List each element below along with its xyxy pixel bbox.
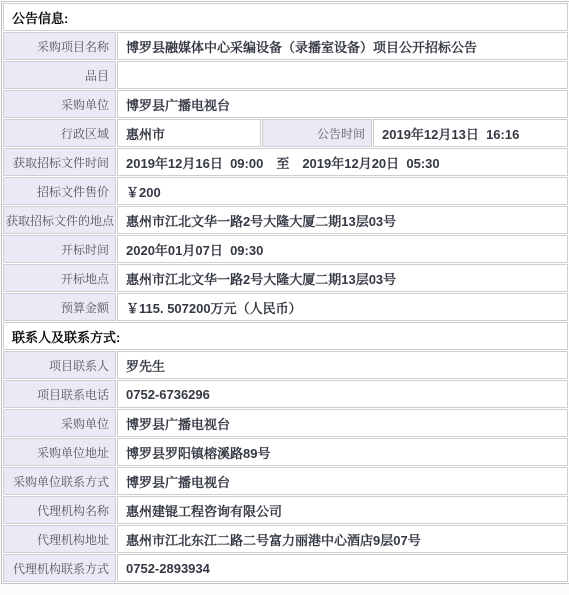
field-label: 获取招标文件时间: [3, 148, 116, 176]
table-row: 开标地点 惠州市江北文华一路2号大隆大厦二期13层03号: [3, 264, 568, 292]
field-value: 惠州市江北东江二路二号富力丽港中心酒店9层07号: [117, 525, 568, 553]
table-row: 采购单位 博罗县广播电视台: [3, 90, 568, 118]
table-row: 开标时间 2020年01月07日 09:30: [3, 235, 568, 263]
announcement-table: 公告信息: 采购项目名称 博罗县融媒体中心采编设备（录播室设备）项目公开招标公告…: [1, 1, 569, 584]
section-title-announcement: 公告信息:: [3, 3, 568, 31]
field-label: 采购单位联系方式: [3, 467, 116, 495]
field-label: 采购单位: [3, 409, 116, 437]
field-value: 2020年01月07日 09:30: [117, 235, 568, 263]
field-value: 0752-6736296: [117, 380, 568, 408]
field-value: 0752-2893934: [117, 554, 568, 582]
field-label: 品目: [3, 61, 116, 89]
field-value: 博罗县广播电视台: [117, 467, 568, 495]
table-row: 采购单位地址 博罗县罗阳镇榕溪路89号: [3, 438, 568, 466]
field-label: 代理机构名称: [3, 496, 116, 524]
table-row: 项目联系电话 0752-6736296: [3, 380, 568, 408]
table-row: 采购单位联系方式 博罗县广播电视台: [3, 467, 568, 495]
field-label: 行政区域: [3, 119, 116, 147]
field-value: 2019年12月13日 16:16: [373, 119, 568, 147]
field-label: 代理机构联系方式: [3, 554, 116, 582]
field-value: 博罗县广播电视台: [117, 90, 568, 118]
field-label: 采购项目名称: [3, 32, 116, 60]
section-header-row: 联系人及联系方式:: [3, 322, 568, 350]
section-header-row: 公告信息:: [3, 3, 568, 31]
field-value: ￥115. 507200万元（人民币）: [117, 293, 568, 321]
field-value: 惠州市江北文华一路2号大隆大厦二期13层03号: [117, 264, 568, 292]
field-label: 获取招标文件的地点: [3, 206, 116, 234]
field-value: 惠州市江北文华一路2号大隆大厦二期13层03号: [117, 206, 568, 234]
table-row: 预算金额 ￥115. 507200万元（人民币）: [3, 293, 568, 321]
table-row: 采购单位 博罗县广播电视台: [3, 409, 568, 437]
field-label: 采购单位: [3, 90, 116, 118]
field-value: ￥200: [117, 177, 568, 205]
table-row: 品目: [3, 61, 568, 89]
field-value: 2019年12月16日 09:00 至 2019年12月20日 05:30: [117, 148, 568, 176]
field-value: [117, 61, 568, 89]
field-value: 博罗县罗阳镇榕溪路89号: [117, 438, 568, 466]
field-value: 惠州建锟工程咨询有限公司: [117, 496, 568, 524]
field-label: 公告时间: [262, 119, 372, 147]
field-value: 博罗县广播电视台: [117, 409, 568, 437]
field-label: 预算金额: [3, 293, 116, 321]
table-row: 项目联系人 罗先生: [3, 351, 568, 379]
field-value: 博罗县融媒体中心采编设备（录播室设备）项目公开招标公告: [117, 32, 568, 60]
table-row: 代理机构地址 惠州市江北东江二路二号富力丽港中心酒店9层07号: [3, 525, 568, 553]
table-row: 获取招标文件时间 2019年12月16日 09:00 至 2019年12月20日…: [3, 148, 568, 176]
table-row: 代理机构联系方式 0752-2893934: [3, 554, 568, 582]
table-row: 行政区域 惠州市 公告时间 2019年12月13日 16:16: [3, 119, 568, 147]
field-label: 招标文件售价: [3, 177, 116, 205]
field-label: 开标时间: [3, 235, 116, 263]
field-label: 开标地点: [3, 264, 116, 292]
table-row: 代理机构名称 惠州建锟工程咨询有限公司: [3, 496, 568, 524]
field-label: 项目联系人: [3, 351, 116, 379]
field-label: 代理机构地址: [3, 525, 116, 553]
field-label: 采购单位地址: [3, 438, 116, 466]
table-row: 获取招标文件的地点 惠州市江北文华一路2号大隆大厦二期13层03号: [3, 206, 568, 234]
section-title-contacts: 联系人及联系方式:: [3, 322, 568, 350]
field-value: 罗先生: [117, 351, 568, 379]
table-row: 招标文件售价 ￥200: [3, 177, 568, 205]
field-label: 项目联系电话: [3, 380, 116, 408]
table-row: 采购项目名称 博罗县融媒体中心采编设备（录播室设备）项目公开招标公告: [3, 32, 568, 60]
field-value: 惠州市: [117, 119, 261, 147]
